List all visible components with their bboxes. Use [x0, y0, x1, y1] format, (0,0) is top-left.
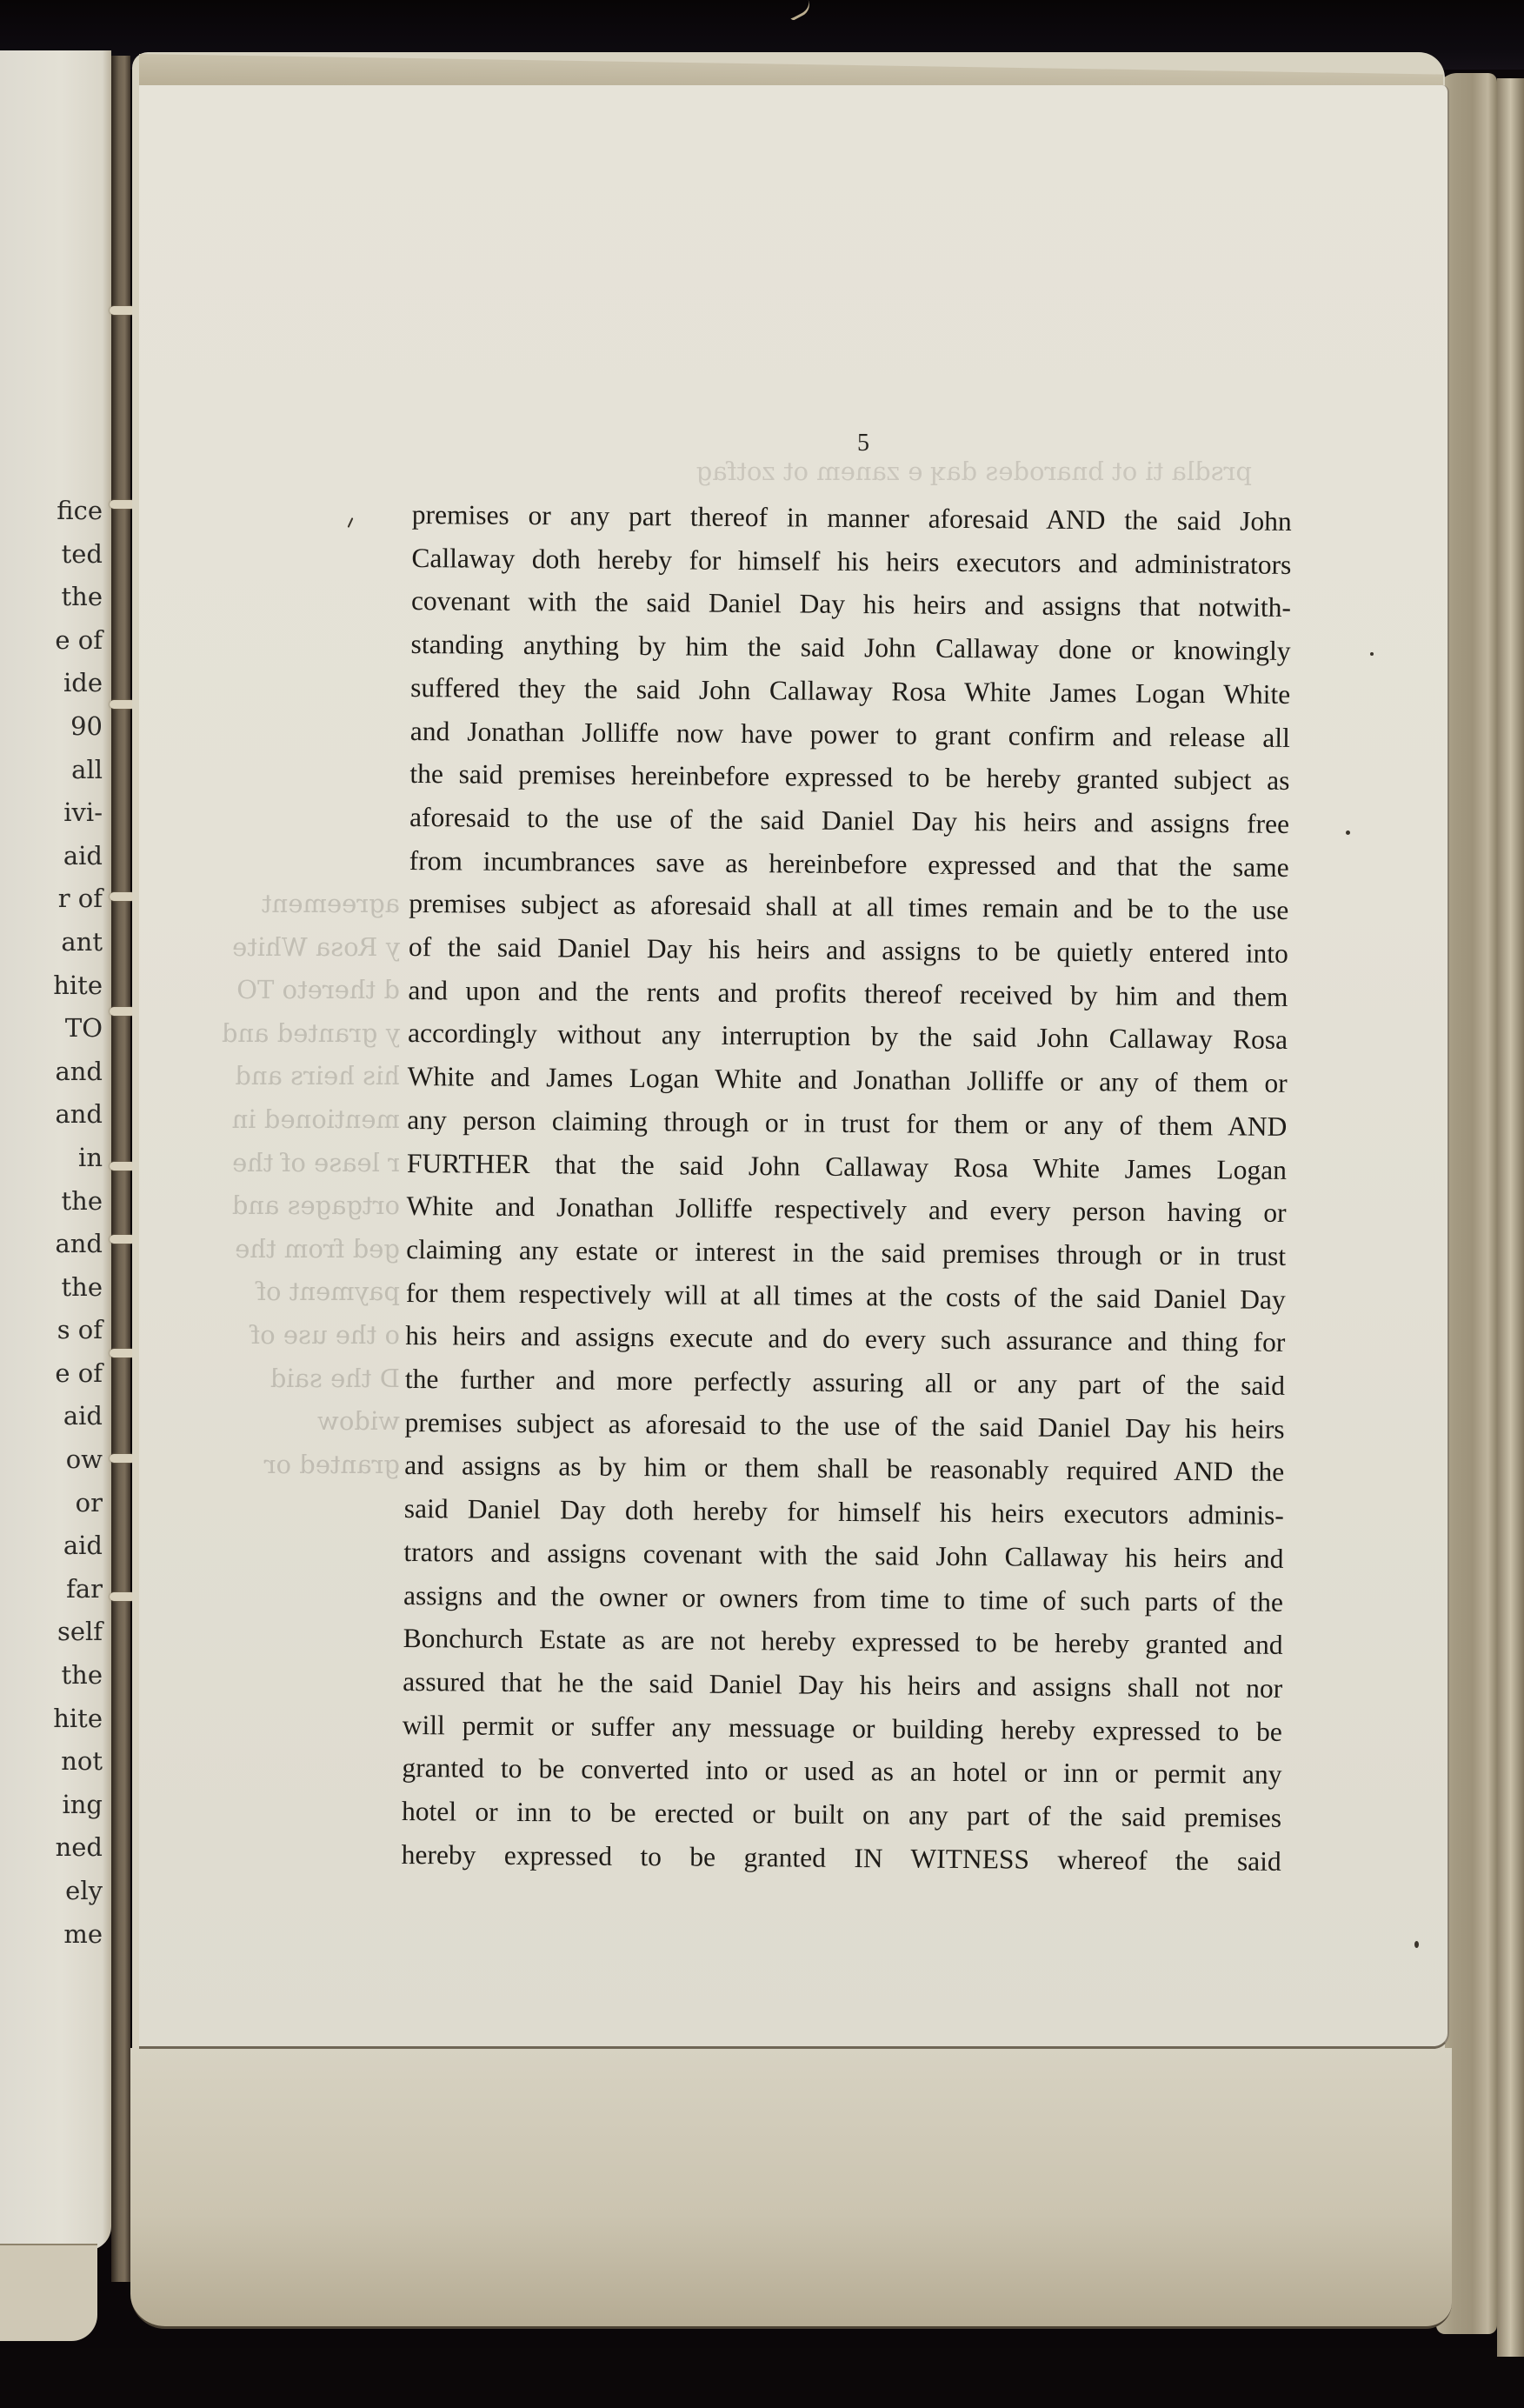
fragment: the [0, 1180, 103, 1224]
ghost-fragment: his heirs and [217, 1055, 400, 1098]
fragment: ted [0, 533, 103, 577]
fragment: e of [0, 1352, 103, 1396]
text-line: White and James Logan White and Jonathan… [408, 1055, 1288, 1105]
fragment: 90 [0, 705, 103, 749]
text-line: of the said Daniel Day his heirs and ass… [409, 925, 1288, 976]
fragment: ned [0, 1826, 103, 1870]
text-line: and upon and the rents and profits there… [408, 969, 1288, 1019]
fragment: aid [0, 835, 103, 878]
ghost-fragment: y Rosa White [217, 926, 400, 970]
fragment: and [0, 1051, 103, 1094]
text-line: White and Jonathan Jolliffe respectively… [406, 1184, 1286, 1235]
fragment: the [0, 576, 103, 619]
text-line: trators and assigns covenant with the sa… [403, 1531, 1283, 1581]
ghost-fragment: payment of [217, 1271, 400, 1314]
text-line: claiming any estate or interest in the s… [406, 1228, 1286, 1278]
ghost-fragment: ged from the [217, 1228, 400, 1271]
fragment: the [0, 1654, 103, 1698]
ghost-fragment: r lease of the [217, 1142, 400, 1185]
show-through-heading: prsdla ti ot bnarodes daʞ e zanem ot zot… [339, 457, 1252, 486]
paper-speck [1370, 652, 1374, 656]
text-line: assured that he the said Daniel Day his … [403, 1660, 1282, 1711]
text-line: said Daniel Day doth hereby for himself … [404, 1487, 1284, 1538]
fragment: ing [0, 1784, 103, 1827]
text-line: covenant with the said Daniel Day his he… [411, 579, 1291, 630]
text-line: suffered they the said John Callaway Ros… [410, 666, 1290, 717]
text-line: accordingly without any interruption by … [408, 1011, 1288, 1062]
text-line: his heirs and assigns execute and do eve… [405, 1314, 1285, 1364]
fragment: me [0, 1913, 103, 1957]
ghost-fragment: D the said [217, 1357, 400, 1401]
ghost-fragment: granted or [217, 1444, 400, 1487]
text-line: premises or any part thereof in manner a… [412, 493, 1292, 544]
fragment: and [0, 1223, 103, 1266]
ghost-fragment: o the use of [217, 1314, 400, 1357]
fragment: ely [0, 1870, 103, 1913]
text-line: from incumbrances save as hereinbefore e… [409, 839, 1288, 890]
fragment: and [0, 1093, 103, 1137]
fragment: ow [0, 1438, 103, 1482]
text-line: and Jonathan Jolliffe now have power to … [410, 710, 1290, 760]
text-line: Bonchurch Estate as are not hereby expre… [403, 1617, 1282, 1667]
fragment: ivi- [0, 791, 103, 835]
fragment: ide [0, 662, 103, 705]
text-line: FURTHER that the said John Callaway Rosa… [407, 1142, 1287, 1192]
book-cover-bottom [0, 2348, 1524, 2408]
text-line: the further and more perfectly assuring … [405, 1357, 1285, 1408]
fragment: the [0, 1266, 103, 1310]
text-line: premises subject as aforesaid shall at a… [409, 882, 1288, 932]
fragment: aid [0, 1524, 103, 1568]
text-line: the said premises hereinbefore expressed… [409, 752, 1289, 803]
text-line: Callaway doth hereby for himself his hei… [411, 537, 1291, 587]
fragment: hite [0, 964, 103, 1008]
fragment: s of [0, 1309, 103, 1352]
text-line: and assigns as by him or them shall be r… [404, 1444, 1284, 1494]
fragment: fice [0, 490, 103, 533]
ghost-fragment: agreement [217, 883, 400, 926]
fragment: in [0, 1137, 103, 1180]
ghost-fragment: ortgages and [217, 1184, 400, 1228]
page-number: 5 [857, 430, 869, 457]
left-page-lower-leaves [0, 2244, 97, 2341]
fragment: ant [0, 921, 103, 964]
ghost-fragment: mentioned in [217, 1098, 400, 1142]
text-line: hotel or inn to be erected or built on a… [402, 1790, 1281, 1840]
text-line: aforesaid to the use of the said Daniel … [409, 796, 1289, 846]
ghost-fragment: widow [217, 1400, 400, 1444]
paper-speck [1414, 1941, 1419, 1948]
left-page-text-fragments: fice ted the e of ide 90 all ivi- aid r … [0, 490, 103, 1956]
paper-speck [1346, 830, 1350, 835]
fragment: far [0, 1568, 103, 1611]
fragment: r of [0, 877, 103, 921]
fragment: all [0, 749, 103, 792]
text-line: for them respectively will at all times … [406, 1271, 1286, 1322]
text-line: will permit or suffer any messuage or bu… [403, 1704, 1282, 1754]
fragment: aid [0, 1395, 103, 1438]
page-lower-margin [130, 2048, 1452, 2329]
fragment: or [0, 1482, 103, 1525]
text-line: hereby expressed to be granted IN WITNES… [402, 1833, 1281, 1884]
fragment: not [0, 1740, 103, 1784]
fragment: hite [0, 1698, 103, 1741]
text-line: premises subject as aforesaid to the use… [404, 1401, 1284, 1451]
left-facing-page: fice ted the e of ide 90 all ivi- aid r … [0, 50, 111, 2251]
show-through-text: agreement y Rosa White d thereto TO y gr… [217, 883, 400, 1486]
ghost-fragment: y granted and [217, 1012, 400, 1056]
fragment: self [0, 1611, 103, 1654]
book-fore-edge-outer [1497, 78, 1524, 2357]
text-line: standing anything by him the said John C… [410, 623, 1290, 673]
text-line: granted to be converted into or used as … [402, 1746, 1281, 1797]
text-line: assigns and the owner or owners from tim… [403, 1574, 1283, 1624]
deed-body-text: premises or any part thereof in manner a… [402, 493, 1292, 1883]
fragment: TO [0, 1007, 103, 1051]
fragment: e of [0, 619, 103, 663]
ghost-fragment: d thereto TO [217, 969, 400, 1012]
text-line: any person claiming through or in trust … [407, 1098, 1287, 1149]
